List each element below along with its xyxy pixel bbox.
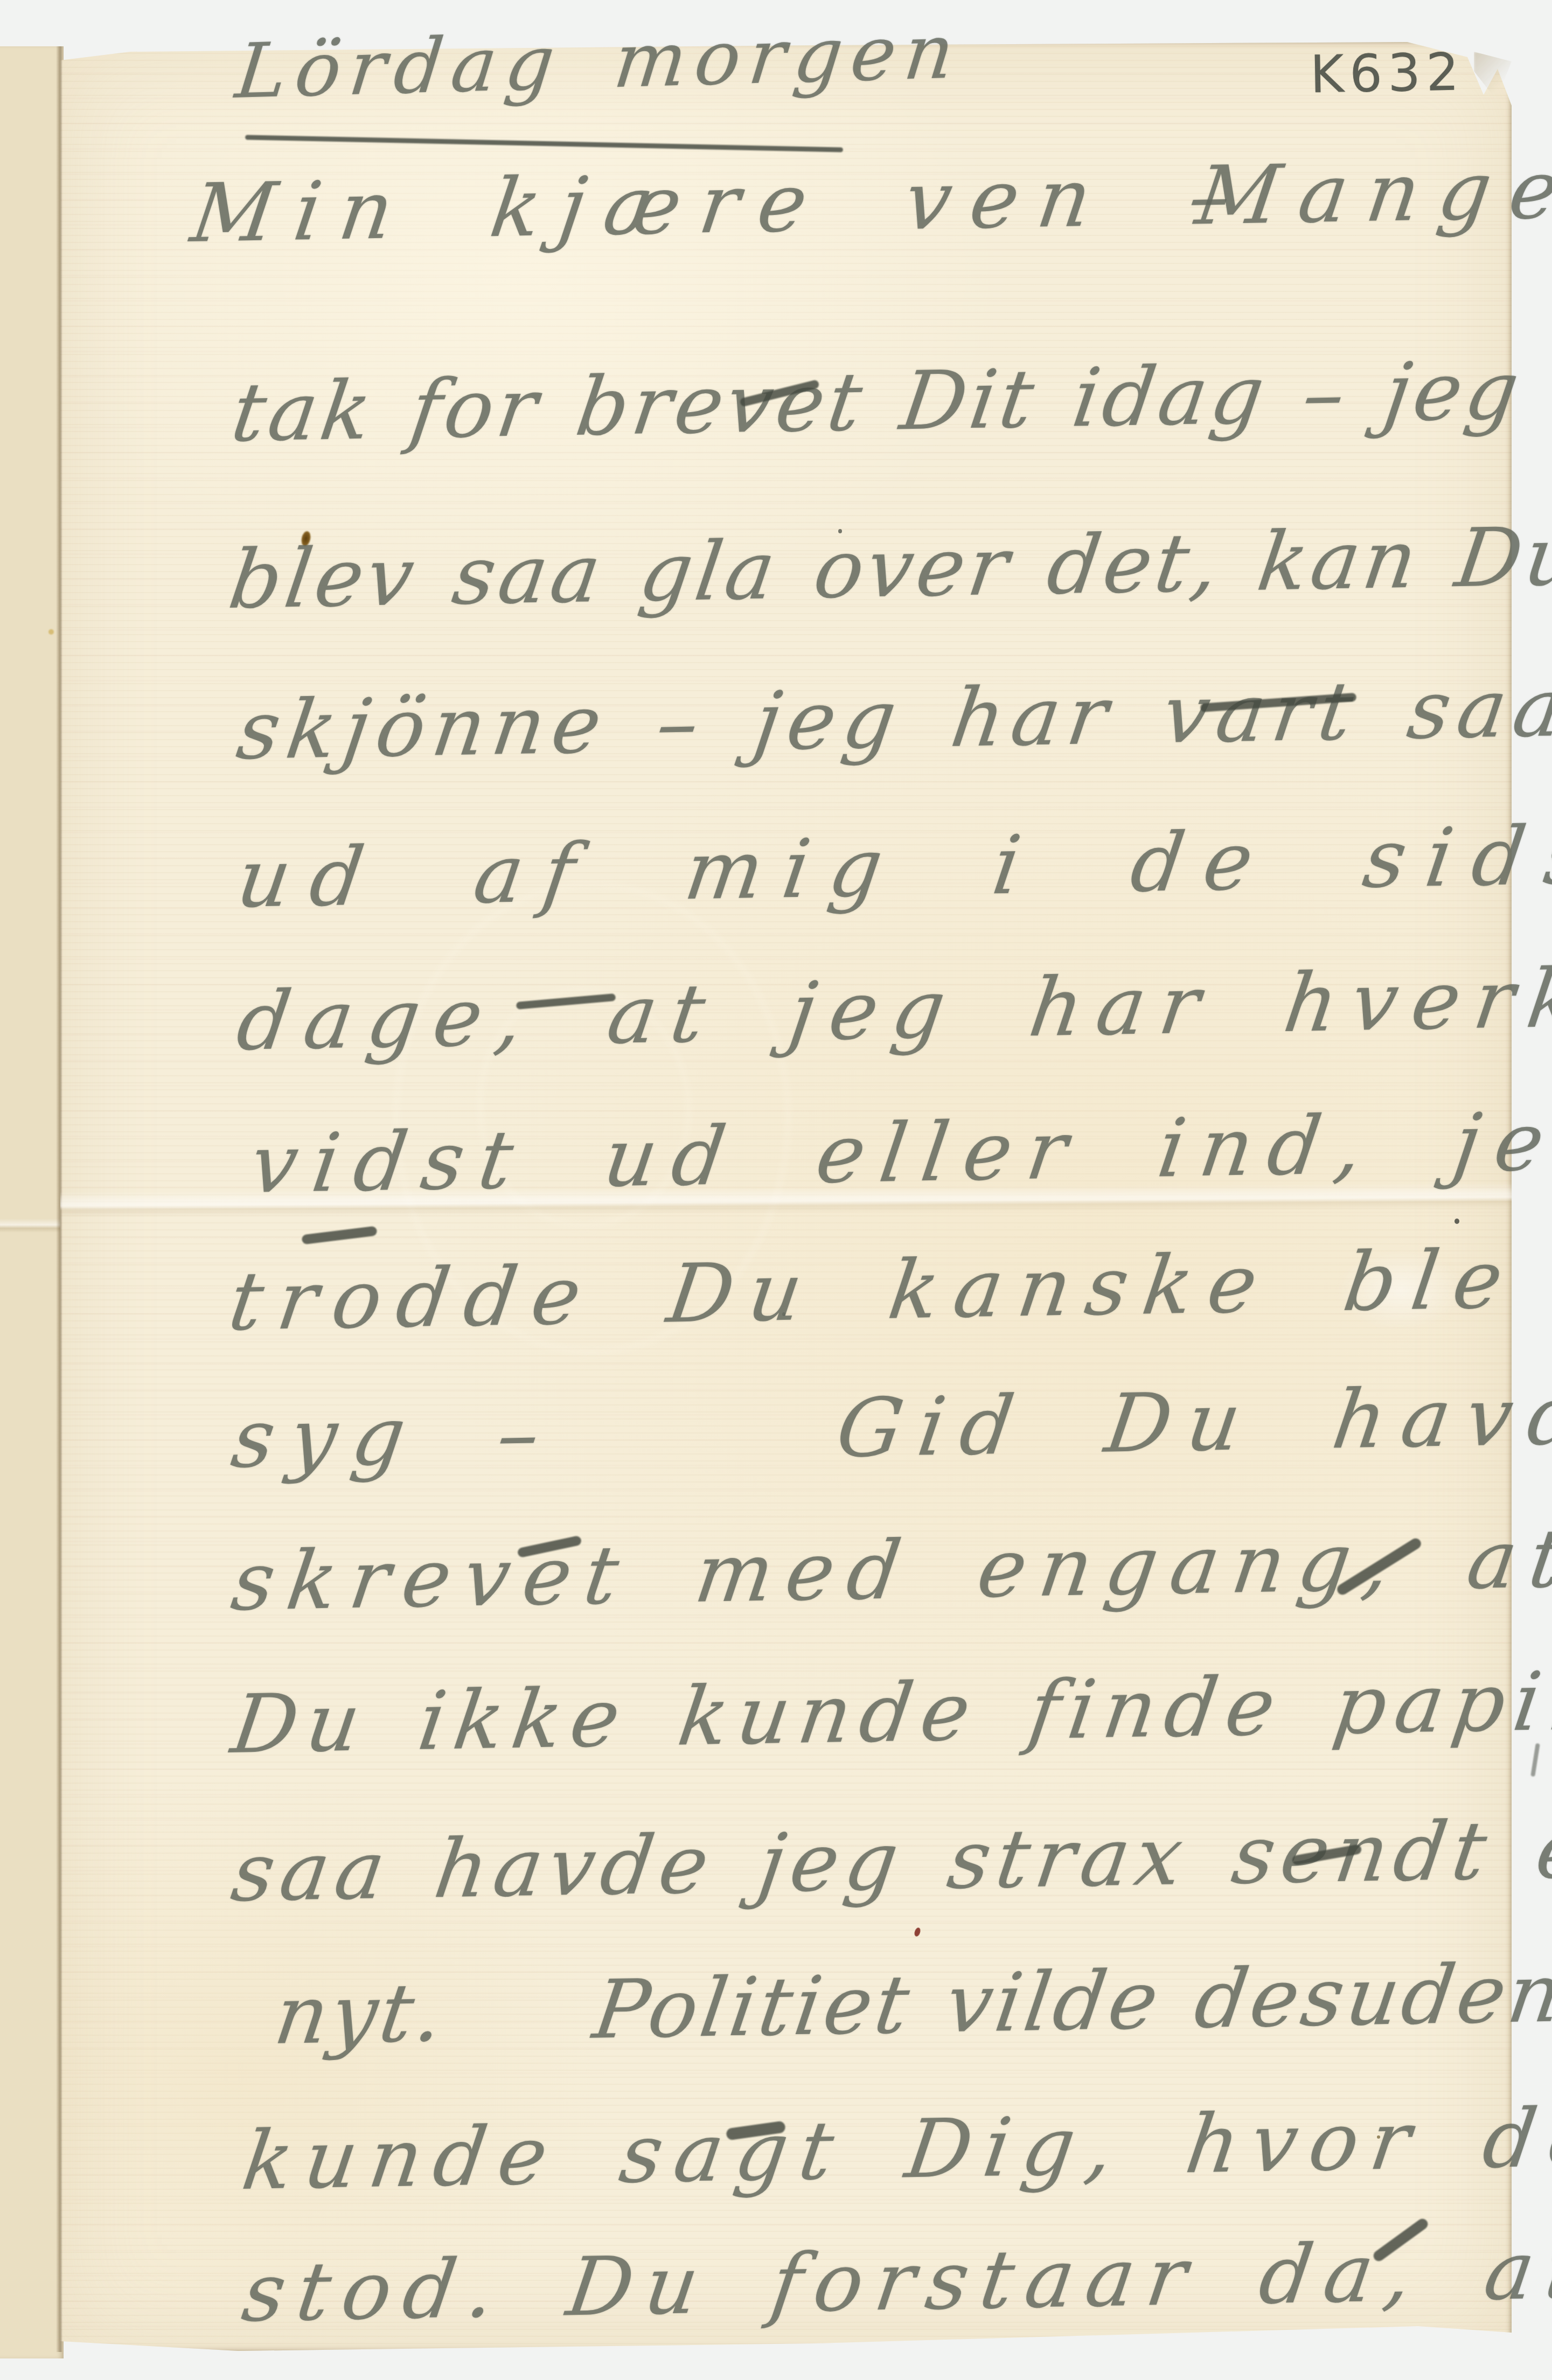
- handwritten-line: saa havde jeg strax sendt et: [226, 1802, 1552, 1920]
- handwritten-line: Du ikke kunde finde papiret: [226, 1653, 1552, 1772]
- handwriting-text: Mange: [1191, 143, 1552, 243]
- scanned-letter-page: K632 Lördag morgen Min kjære ven – Mange…: [0, 0, 1552, 2380]
- handwritten-line: kunde sagt Dig, hvor der: [237, 2090, 1552, 2208]
- handwriting-text: saa havde jeg strax sendt et: [226, 1802, 1552, 1920]
- handwritten-line: nyt. Politiet vilde desuden: [269, 1966, 452, 2063]
- handwriting-text: dage, at jeg har hverken: [232, 949, 1552, 1069]
- pencil-accent-stroke: [301, 1226, 377, 1245]
- handwritten-line: trodde Du kanske ble: [224, 1233, 1524, 1349]
- handwritten-line: blev saa gla over det, kan Du: [224, 510, 1552, 627]
- handwritten-line: skrevet med engang, at: [226, 1512, 1552, 1629]
- handwriting-text: Min kjære ven –: [186, 149, 1256, 261]
- handwriting-text: tak for brevet Dit idag – jeg: [226, 344, 1528, 460]
- handwriting-layer: K632 Lördag morgen Min kjære ven – Mange…: [0, 0, 1552, 2380]
- handwritten-line: syg – Gid Du havde: [226, 1387, 561, 1486]
- handwriting-text: Gid Du havde: [831, 1368, 1552, 1476]
- handwriting-text: blev saa gla over det, kan Du: [224, 510, 1552, 627]
- archival-number: K632: [1310, 42, 1465, 105]
- handwritten-line: ud af mig i de sidste: [232, 806, 1552, 926]
- handwriting-text: vidst ud eller ind, jeg: [245, 1094, 1552, 1212]
- handwriting-text: ud af mig i de sidste: [232, 806, 1552, 926]
- handwriting-text: syg –: [226, 1387, 561, 1486]
- letter-heading: Lördag morgen: [232, 8, 967, 116]
- handwriting-text: trodde Du kanske ble: [224, 1233, 1524, 1349]
- handwritten-line: vidst ud eller ind, jeg: [245, 1094, 1552, 1212]
- handwriting-text: Du ikke kunde finde papiret: [226, 1653, 1552, 1772]
- handwritten-line: dage, at jeg har hverken: [232, 949, 1552, 1069]
- handwriting-text: kunde sagt Dig, hvor der: [237, 2090, 1552, 2208]
- handwriting-text: stod. Du forstaar da, at: [237, 2223, 1552, 2340]
- handwritten-line: tak for brevet Dit idag – jeg: [226, 344, 1528, 460]
- handwritten-line: stod. Du forstaar da, at: [237, 2223, 1552, 2340]
- handwriting-text: skrevet med engang, at: [226, 1512, 1552, 1629]
- handwriting-text: Politiet vilde desuden: [588, 1946, 1552, 2057]
- handwritten-line: skjönne – jeg har vart saa: [232, 661, 1552, 778]
- handwritten-line: Min kjære ven – Mange: [186, 149, 1256, 261]
- handwriting-text: nyt.: [269, 1966, 452, 2063]
- heading-underline: [245, 135, 843, 152]
- handwriting-text: skjönne – jeg har vart saa: [232, 661, 1552, 778]
